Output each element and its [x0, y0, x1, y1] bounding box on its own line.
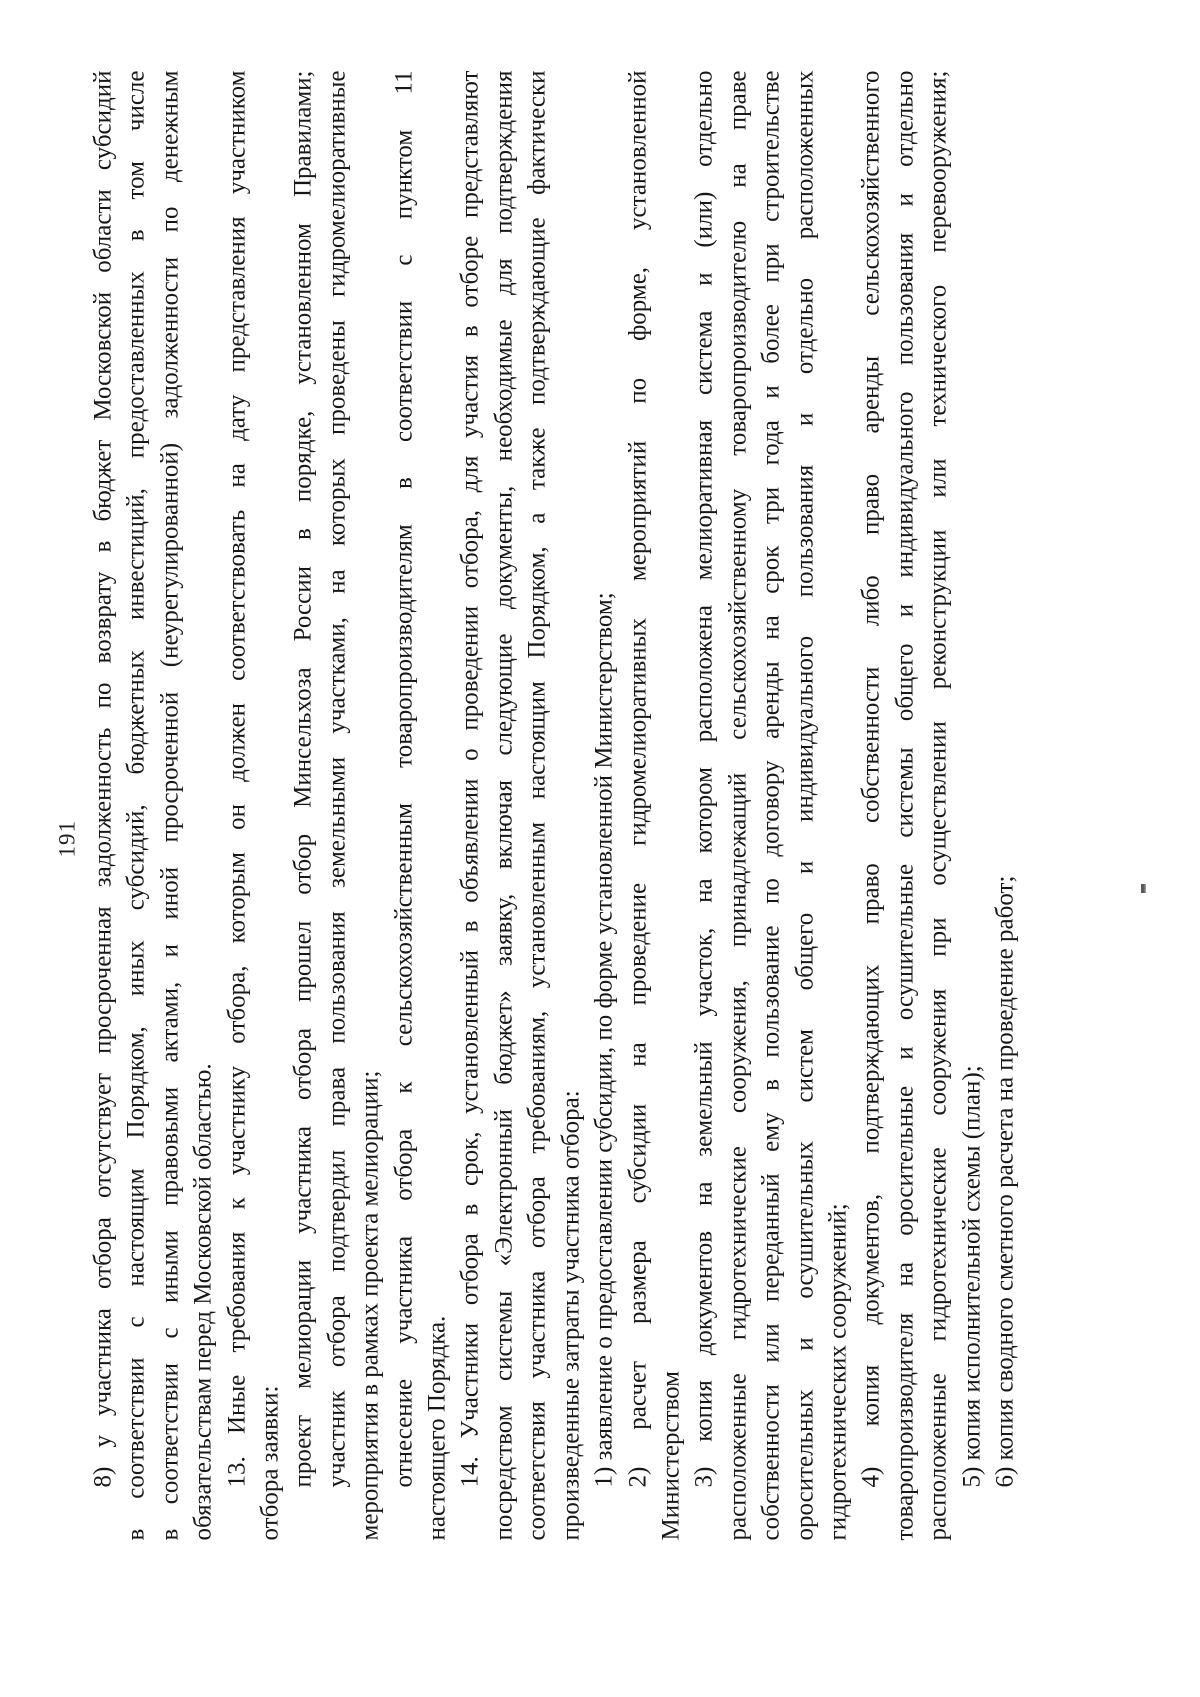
text-line: отнесение участника отбора к сельскохозя…	[387, 70, 420, 1540]
text-line: Министерством	[654, 70, 687, 1540]
text-line: 6) копия сводного сметного расчета на пр…	[988, 70, 1021, 1540]
text-line: мероприятия в рамках проекта мелиорации;	[353, 70, 386, 1540]
text-line: товаропроизводителя на оросительные и ос…	[888, 70, 921, 1540]
text-line: расположенные гидротехнические сооружени…	[721, 70, 754, 1540]
text-line: 1) заявление о предоставлении субсидии, …	[587, 70, 620, 1540]
scan-artifact	[1141, 884, 1146, 893]
text-line: оросительных и осушительных систем общег…	[788, 70, 821, 1540]
text-line: настоящего Порядка.	[420, 70, 453, 1540]
text-line: обязательствам перед Московской областью…	[186, 70, 219, 1540]
text-line: 13. Иные требования к участнику отбора, …	[220, 70, 253, 1540]
text-line: 3) копия документов на земельный участок…	[687, 70, 720, 1540]
text-line: расположенные гидротехнические сооружени…	[921, 70, 954, 1540]
scanned-page: 191 8) у участника отбора отсутствует пр…	[0, 0, 1200, 1697]
text-line: собственности или переданный ему в польз…	[754, 70, 787, 1540]
text-line: в соответствии с настоящим Порядком, ины…	[119, 70, 152, 1540]
text-line: гидротехнических сооружений;	[821, 70, 854, 1540]
text-line: 5) копия исполнительной схемы (план);	[955, 70, 988, 1540]
page-number: 191	[54, 820, 80, 858]
text-line: в соответствии с иными правовыми актами,…	[153, 70, 186, 1540]
text-line: произведенные затраты участника отбора:	[554, 70, 587, 1540]
document-text: 8) у участника отбора отсутствует просро…	[86, 70, 1021, 1540]
text-line: 14. Участники отбора в срок, установленн…	[453, 70, 486, 1540]
text-line: соответствия участника отбора требования…	[520, 70, 553, 1540]
text-line: 8) у участника отбора отсутствует просро…	[86, 70, 119, 1540]
text-line: 4) копия документов, подтверждающих прав…	[854, 70, 887, 1540]
text-line: 2) расчет размера субсидии на проведение…	[621, 70, 654, 1540]
text-line: посредством системы «Электронный бюджет»…	[487, 70, 520, 1540]
text-line: проект мелиорации участника отбора проше…	[286, 70, 319, 1540]
text-line: отбора заявки:	[253, 70, 286, 1540]
text-line: участник отбора подтвердил права пользов…	[320, 70, 353, 1540]
